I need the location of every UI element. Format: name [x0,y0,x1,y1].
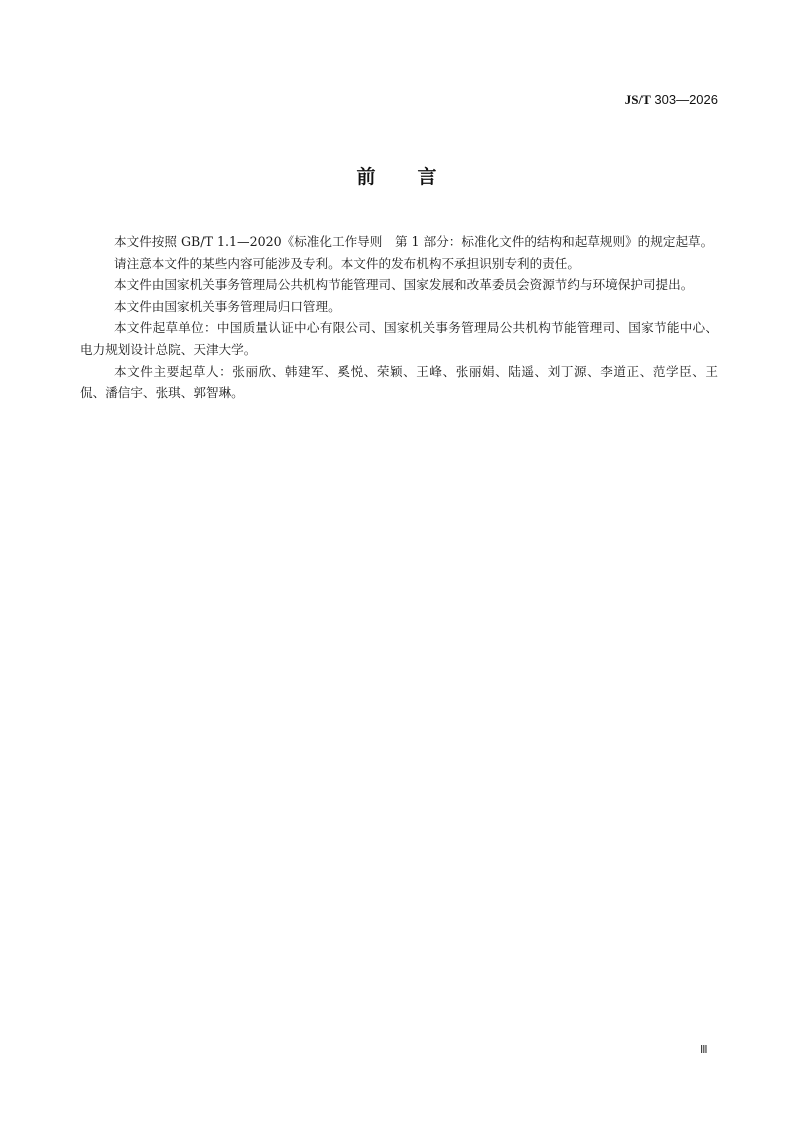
paragraph-proposer: 本文件由国家机关事务管理局公共机构节能管理司、国家发展和改革委员会资源节约与环境… [80,274,718,296]
page-title: 前言 [0,162,793,189]
paragraph-drafting-units: 本文件起草单位：中国质量认证中心有限公司、国家机关事务管理局公共机构节能管理司、… [80,317,718,360]
paragraph-drafters: 本文件主要起草人：张丽欣、韩建军、奚悦、荣颖、王峰、张丽娟、陆遥、刘丁源、李道正… [80,361,718,404]
standard-number: 303—2026 [651,92,718,107]
standard-code: JS/T 303—2026 [625,92,718,108]
foreword-body: 本文件按照 GB/T 1.1—2020《标准化工作导则 第 1 部分：标准化文件… [80,231,718,404]
paragraph-administration: 本文件由国家机关事务管理局归口管理。 [80,296,718,318]
paragraph-drafting-rules: 本文件按照 GB/T 1.1—2020《标准化工作导则 第 1 部分：标准化文件… [80,231,718,253]
standard-prefix: JS/T [625,92,651,107]
title-char-1: 前 [356,162,375,189]
page-number: Ⅲ [700,1043,708,1056]
title-char-2: 言 [418,162,437,189]
paragraph-patent-notice: 请注意本文件的某些内容可能涉及专利。本文件的发布机构不承担识别专利的责任。 [80,253,718,275]
